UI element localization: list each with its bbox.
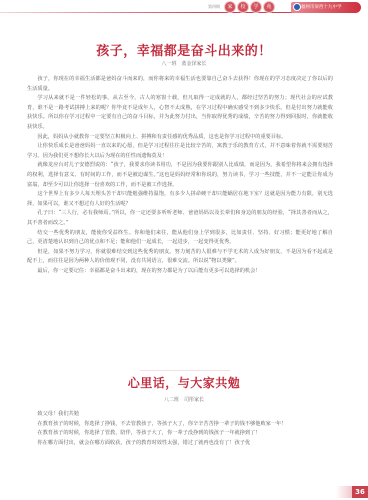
paragraph: 学习从来就不是一件轻松的事。从古至今，古人的寒窗十载，但凡取得一定成就的人，都经… — [27, 94, 333, 132]
badge-icon: 苑 — [264, 2, 274, 12]
page-number-tab: 36 — [336, 486, 368, 498]
paragraph: 这个世界上有多少人每天埋头苦干却只能勉强维持温饱，有多少人拼命硬干却只能蜗居在地… — [27, 190, 333, 209]
issue-label: 第四期 — [208, 4, 220, 10]
paragraph: 孔子曰：“三人行，必有我师焉。”所以，你一定还要多听听老师、爸爸妈妈以及长辈们和… — [27, 209, 333, 228]
paragraph: 结交一些优秀的朋友，能使你受益终生。你和他们来往，能从他们身上学到很多，比如责任… — [27, 229, 333, 248]
paragraph: 孩子，你现在的幸福生活都是爸妈奋斗而来的，而你将来的幸福生活也要靠自己奋斗去获得… — [27, 75, 333, 94]
school-name: 福州市屏西十九中学 — [301, 5, 342, 10]
paragraph: 致父母！我们共勉 — [27, 410, 333, 420]
paragraph: 让你快乐成长是爸爸妈妈一直以来的心愿，但是学习过程往往是比较辛苦的，寓教于乐的教… — [27, 142, 333, 161]
badge-icon: 学 — [251, 2, 261, 12]
badge-icon: 校 — [238, 2, 248, 12]
paragraph: 在教育孩子的时候，你选择了管教，陪伴，等孩子大了，你一辈子没挣到的钱孩子一年就挣… — [27, 429, 333, 439]
page-number: 36 — [352, 486, 368, 498]
article-2-byline: 八二班 司彤家长 — [0, 396, 368, 403]
paragraph: 最后，你一定要记住：幸福都是奋斗出来的，现在的努力都是为了以后能有更多可以选择的… — [27, 267, 333, 277]
page-header: 第四期 家 校 学 苑 福州市屏西十九中学 — [0, 0, 368, 16]
section-divider — [140, 370, 230, 371]
paragraph: 但是，如果不努力学习，你就很难结交到这些优秀的朋友。努力刻苦的人很难与不学无术的… — [27, 248, 333, 267]
article-1-body: 孩子，你现在的幸福生活都是爸妈奋斗而来的，而你将来的幸福生活也要靠自己奋斗去获得… — [27, 75, 333, 276]
header-divider — [0, 12, 300, 13]
paragraph: 你在哪方面付出，就会在哪方面收获，孩子的教育时效性太强，错过了就再也没有了！孩子… — [27, 439, 333, 449]
article-2-title: 心里话，与大家共勉 — [0, 374, 368, 391]
school-logo-icon — [293, 3, 301, 11]
school-name-tag: 福州市屏西十九中学 — [291, 2, 361, 13]
article-2-body: 致父母！我们共勉 在教育孩子的时候，你选择了挣钱，不去管教孩子，等孩子大了，你辛… — [27, 410, 333, 448]
article-1-title: 孩子，幸福都是奋斗出来的！ — [0, 40, 368, 59]
header-badges: 家 校 学 苑 — [225, 2, 274, 12]
paragraph: 因此，妈妈从小就教你一定要坚立积极向上、拼搏和有责任感的优秀品质，这也是你学习过… — [27, 133, 333, 143]
paragraph: 就像龙应台对儿子安德烈说的：“孩子，我要求你读书用功，不是因为我要你跟别人比成绩… — [27, 161, 333, 190]
paragraph: 在教育孩子的时候，你选择了挣钱，不去管教孩子，等孩子大了，你辛辛苦苦挣一辈子的钱… — [27, 420, 333, 430]
badge-icon: 家 — [225, 2, 235, 12]
article-1-byline: 八一班 蓝金泽家长 — [0, 60, 368, 67]
page-number-fade — [336, 486, 352, 498]
